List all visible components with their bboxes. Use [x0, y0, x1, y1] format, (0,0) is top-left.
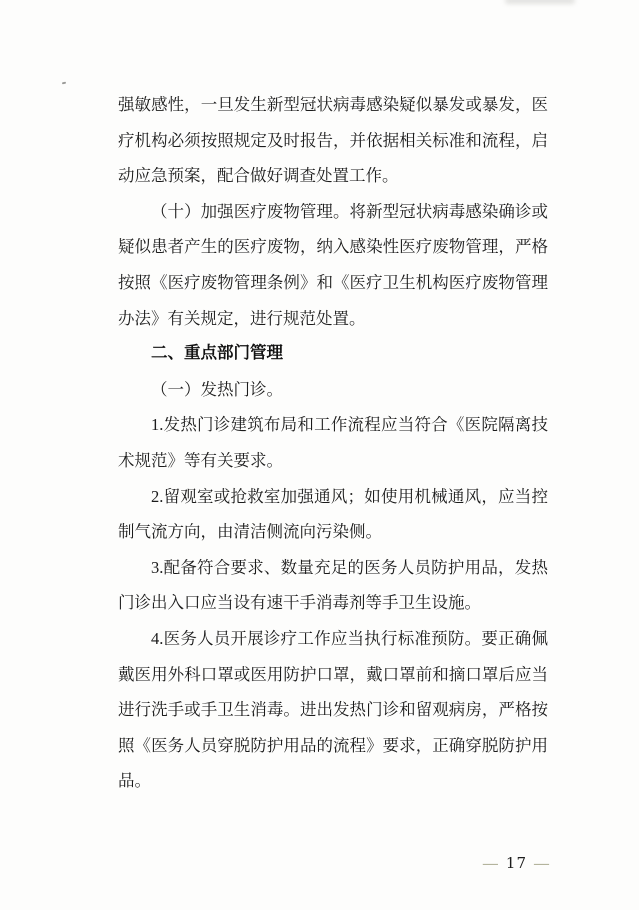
- page-number: 17: [506, 854, 527, 872]
- document-page: 强敏感性，一旦发生新型冠状病毒感染疑似暴发或暴发，医疗机构必须按照规定及时报告，…: [0, 0, 639, 910]
- footer-dash-right: —: [527, 856, 557, 872]
- footer-dash-left: —: [476, 856, 506, 872]
- body-paragraph-item-2: 2.留观室或抢救室加强通风；如使用机械通风，应当控制气流方向，由清洁侧流向污染侧…: [118, 479, 548, 550]
- body-paragraph-item-1: 1.发热门诊建筑布局和工作流程应当符合《医院隔离技术规范》等有关要求。: [118, 407, 548, 478]
- section-heading-key-departments: 二、重点部门管理: [118, 336, 548, 372]
- scan-speck-artifact: [62, 82, 66, 85]
- body-paragraph-continuation: 强敏感性，一旦发生新型冠状病毒感染疑似暴发或暴发，医疗机构必须按照规定及时报告，…: [118, 87, 548, 194]
- page-number-footer: —17—: [476, 856, 557, 872]
- subsection-heading-fever-clinic: （一）发热门诊。: [118, 372, 548, 408]
- body-paragraph-item-3: 3.配备符合要求、数量充足的医务人员防护用品，发热门诊出入口应当设有速干手消毒剂…: [118, 550, 548, 621]
- scan-smudge-artifact: [505, 0, 575, 4]
- body-paragraph-item-4: 4.医务人员开展诊疗工作应当执行标准预防。要正确佩戴医用外科口罩或医用防护口罩，…: [118, 621, 548, 799]
- body-paragraph-item-10: （十）加强医疗废物管理。将新型冠状病毒感染确诊或疑似患者产生的医疗废物，纳入感染…: [118, 194, 548, 336]
- document-body: 强敏感性，一旦发生新型冠状病毒感染疑似暴发或暴发，医疗机构必须按照规定及时报告，…: [118, 87, 548, 799]
